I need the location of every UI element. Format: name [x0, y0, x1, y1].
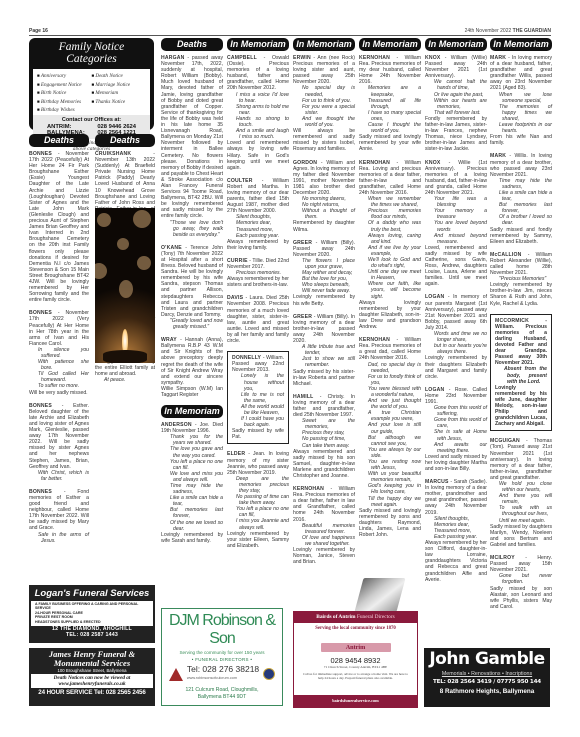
notice-closing: Lovingly remembered by their daughters E… [425, 355, 487, 379]
notice: KNOX - Willie (1st Anniversary). Preciou… [425, 160, 487, 288]
notice-closing: Sadly missed by his sister-in-law Robert… [293, 369, 355, 387]
notice-verse: Gone from this world of suffering, [428, 405, 487, 417]
notice-verse: And a smile and laugh I miss so much. [230, 128, 289, 140]
notice: HARGAN - passed away November 17th, 2022… [161, 55, 223, 238]
notice-text: - Oswald (Ossie). Precious memories of a… [227, 55, 289, 91]
notice-text: - Hannah (Anna), Ballymena R.B.P 43 W.M … [161, 337, 223, 386]
notice-verse: For you were a special sister. [296, 104, 355, 116]
notice-closing: Always lovingly remembered by your daugh… [359, 300, 421, 330]
notice-name: McCALLION [490, 252, 522, 258]
notice-verse: Precious memories flood our minds, [362, 208, 421, 220]
section-header-deaths: Deaths [29, 134, 89, 147]
notice-closing: Always remembered by their loving family… [227, 239, 289, 251]
notice-verse: Until we meet again. [493, 518, 552, 524]
notice-verse: Or live again the past, [428, 92, 487, 98]
notice-verse: Hands so strong to touch. [230, 116, 289, 128]
notice: DONNELLY - William. Passed away 22nd Nov… [227, 351, 289, 444]
notice-closing: Loved and sadly missed by her loving dau… [425, 454, 487, 472]
notice-closing: Loved and remembered always by loving wi… [227, 140, 289, 170]
notice: GORDON - William and Agnes. In loving me… [293, 160, 355, 233]
notice: KERNOHAN - William Rea. Precious memorie… [293, 486, 355, 565]
ad-james-henry-funeral: James Henry Funeral & Monumental Service… [29, 648, 155, 706]
notice-verse: And awaits our meeting there. [428, 442, 487, 454]
notice-name: KERNOHAN [359, 337, 390, 343]
notice-verse: Dad, no special day is needed, [362, 362, 421, 374]
notice-closing: Will always be remembered and sadly miss… [293, 128, 355, 152]
notice-name: GREER [293, 240, 312, 246]
notice-verse: You were blessed with a wonderful nature… [362, 386, 421, 398]
notice-name: LOGAN [425, 387, 444, 393]
notice-closing: Lovingly remembered by your sister Eilee… [227, 531, 289, 549]
notice-name: CRUIKSHANK [95, 151, 131, 157]
notice-verse: I miss a voice I'd love to hear. [230, 92, 289, 104]
notice-text: - Willie (1st Anniversary). Precious mem… [425, 160, 487, 196]
website-link[interactable]: bairdsfuneralservice.com [294, 695, 417, 707]
notice-verse: But memories last forever, [493, 202, 552, 214]
notice: MARK - Willis. In loving memory of a dea… [490, 153, 552, 244]
notice-verse: No passing of time can take them away. [230, 494, 289, 506]
notice: McCALLION - William Robert Alexander (Wi… [490, 252, 552, 307]
notice-verse: You left a place no one can fill. [164, 459, 223, 471]
notice-verse: You are loved beyond words [428, 220, 487, 232]
notice-verse: You left a place no one can fill, [230, 506, 289, 518]
notice: CURRIE - Tillie. Died 22nd November 2017… [227, 258, 289, 288]
notice-verse: Your life was a blessing [428, 196, 487, 208]
notice-verse: You are resting now with Jesus, [362, 459, 421, 471]
candle-photo [95, 208, 155, 363]
notice-name: CURRIE [227, 258, 248, 264]
category-item: Death Notice [92, 72, 147, 81]
notice-verse: To walk with us throughout our lives, [493, 505, 552, 517]
notice-verse: For us to fondly think of you, [362, 374, 421, 386]
section-header-memoriam: In Memoriam [293, 38, 355, 51]
section-header-memoriam: In Memoriam [161, 405, 223, 418]
notice-closing: Loved, remembered and sadly missed by wi… [425, 245, 487, 288]
logan-services-list: A FAMILY BUSINESS OFFERING A CARING AND … [31, 601, 153, 626]
notice-closing: Sadly missed and fondly remembered by Sa… [490, 227, 552, 245]
ad-john-gamble: John Gamble Memorials • Renovations • In… [424, 648, 550, 707]
notice-name: HAMILL [293, 394, 313, 400]
notice-verse: Life to me is not the same, [235, 392, 284, 404]
notice-verse: Always loving, caring and kind. [362, 233, 421, 245]
notice-verse: For us to think of you. [296, 98, 355, 104]
notice: MARK - In loving memory of a dear husban… [490, 55, 552, 146]
triangle-logo-icon [169, 668, 183, 681]
website-link[interactable]: www.robinsonsofculcrum.com [187, 674, 259, 683]
notice-closing: Lovingly remembered by wife Sarah and fa… [161, 532, 223, 544]
notice-text: - Esther. Beloved daughter of the late A… [29, 403, 89, 470]
notice-verse: Thank you for the years we shared. [164, 434, 223, 446]
categories-title: Family Notice Categories [33, 41, 150, 65]
notice: LOGAN - In memory of our parents Margare… [425, 294, 487, 379]
notice-name: GREER [293, 314, 312, 320]
notice-verse: "Greatly loved and now greatly missed." [164, 318, 223, 330]
notice-verse: Sweet are the memories, [296, 418, 355, 430]
notice: ERWIN - Ann (nee Rock) Precious memories… [293, 55, 355, 153]
notice-verse: Gone from this world of care, [428, 417, 487, 429]
section-header-memoriam: In Memoriam [359, 38, 421, 51]
notice-text: - passed away November 17th, 2022, sudde… [161, 55, 223, 219]
notice-name: COULTER [227, 178, 253, 184]
notice-verse: Memories are a keepsake, [362, 85, 421, 97]
notice: ANDERSON - Joe. Died 19th November 1996.… [161, 422, 223, 544]
notice-verse: Can take them away. [296, 443, 355, 449]
notice-verse: The flowers I place upon your grave, [296, 258, 355, 270]
notice-name: MCGUIGAN [490, 438, 520, 444]
notice: LOGAN - Rose. Called Home 23rd November … [425, 387, 487, 472]
notice-name: KERNOHAN [293, 486, 324, 492]
category-item: Marriage Notice [92, 81, 147, 90]
notice-verse: And your love is still our guide, [362, 422, 421, 434]
notice-name: ELDER [227, 451, 245, 457]
notice-verse: A true Christian example you were, [362, 410, 421, 422]
notice-closing: Lovingly remembered by his wife June, da… [495, 385, 547, 428]
notice-verse: We'll look to God and do what's right, [362, 257, 421, 269]
notice-text: - Laura. Died 25th November 2008. Precio… [227, 295, 289, 344]
notice-verse: In silence you suffered. [32, 347, 89, 359]
notice: MCILROY - Henry. Passed away 15th Novemb… [490, 555, 552, 610]
section-header-memoriam: In Memoriam [490, 38, 552, 51]
notice-verse: Til God called Her homeward. [32, 371, 89, 383]
notice-name: MCCORMICK [495, 318, 529, 324]
ad-bairds-of-antrim: Bairds of Antrim Funeral Directors Servi… [293, 611, 418, 708]
notice-text: - In loving memory of a dear husband, fa… [490, 55, 552, 91]
notice: CAMPBELL - Oswald (Ossie). Precious memo… [227, 55, 289, 171]
notice-name: KNOX [425, 160, 441, 166]
notice: WRAY - Hannah (Anna), Ballymena R.B.P 43… [161, 337, 223, 398]
notice-verse: We hold you close within our hearts, [493, 481, 552, 493]
notice: BONNES - November 17th 2022 (Very Peacef… [29, 310, 89, 395]
notice-verse: Absent from the body, present with the L… [498, 366, 547, 384]
notice-verse: When we remember the times we shared, [362, 196, 421, 208]
notice-verse: We cannot halt the hands of time, [428, 79, 487, 91]
notice-verse: With patience she bore. [32, 359, 89, 371]
notice: KNOX - William (Willie) Passed away 24th… [425, 55, 487, 153]
notice-verse: Words and time we no longer share, [428, 331, 487, 343]
notice-verse: When we lose someone special, [493, 92, 552, 104]
notice-verse: Safe in the arms of Jesus. [32, 532, 89, 544]
notice: BONNES - Esther. Beloved daughter of the… [29, 403, 89, 482]
notice-name: GORDON [293, 160, 317, 166]
notice-verse: Until one day we meet in Heaven, [362, 269, 421, 281]
ad-logans-funeral-services: Logan's Funeral Services A FAMILY BUSINE… [29, 585, 155, 643]
notice-verse: but in our hearts you're always there. [428, 343, 487, 355]
notice: KERNOHAN - William Rea. Precious memorie… [359, 337, 421, 538]
section-header-memoriam: In Memoriam [227, 38, 289, 51]
notice-verse: And if we live by your example, [362, 245, 421, 257]
notice-verse: I miss you Jeannie and always will. [230, 518, 289, 530]
notice-closing: Always remembered and sadly missed by hi… [293, 449, 355, 479]
notice-name: LOGAN [425, 294, 444, 300]
notice: ELDER - Jean. In loving memory of my sis… [227, 451, 289, 549]
notice: KERNOHAN - William Rea. Loving and preci… [359, 160, 421, 331]
notice-name: MARK [490, 55, 506, 61]
notice-verse: Lonely is the house without you, [235, 373, 284, 391]
notice-closing: Remembered by daughter Wilma. [293, 220, 355, 232]
notice-verse: Till the happy day we meet again. [362, 496, 421, 508]
contact-title: Contact our Offices at: [47, 117, 136, 123]
category-item: Thanks Notice [92, 98, 147, 107]
notice-name: CAMPBELL [227, 55, 257, 61]
notice-name: O'KANE [161, 245, 182, 251]
notice-closing: Sadly missed and lovingly remembered by … [359, 508, 421, 538]
notice-verse: Leave footprints in our hearts. [493, 122, 552, 134]
column-deaths-1: Deaths BONNES - November 17th 2022 (Peac… [29, 134, 89, 551]
notice-verse: All the world would be like Heaven, [235, 404, 284, 416]
notice-text: - November 17th 2022 (Very Peacefully) A… [29, 310, 89, 346]
notice-name: HARGAN [161, 55, 185, 61]
notice-verse: Of a brother I loved so dear. [493, 214, 552, 226]
notice-verse: God's keeping you in His loving care, [362, 483, 421, 495]
notice-verse: And there you will remain, [493, 493, 552, 505]
notice-verse: Like a smile can hide a tear, [493, 190, 552, 202]
notice: BONNES - November 17th 2022 (Peacefully)… [29, 151, 89, 303]
section-header-deaths: Deaths [95, 134, 155, 147]
notice-verse: Time may hide the sadness, [493, 178, 552, 190]
column-deaths-3: Deaths HARGAN - passed away November 17t… [161, 38, 223, 551]
notice-name: BONNES [29, 403, 52, 409]
notice-closing: Lovingly remembered by his wife Betty. [293, 294, 355, 306]
column-memoriam-1: In Memoriam CAMPBELL - Oswald (Ossie). P… [227, 38, 289, 556]
website-link[interactable]: Death Notices can now be viewed at www.j… [31, 674, 153, 688]
notice-closing: From his wife Nan and family. [490, 134, 552, 146]
notice: GREER - William (Billy). In loving memor… [293, 314, 355, 387]
category-item: Anniversary [37, 72, 92, 81]
notice-verse: "Those we love don't go away, they walk … [164, 220, 223, 238]
notice-text: - William Rea. Loving and precious memor… [359, 160, 421, 196]
category-list: AnniversaryDeath NoticeEngagement Notice… [33, 69, 150, 115]
notice: GREER - William (Billy). Passed away 24t… [293, 240, 355, 307]
notice-closing: Will be very sadly missed. [29, 390, 89, 396]
notice-closing: Sadly missed by son Alastair, son Leonar… [490, 586, 552, 610]
category-item: Memoriam [92, 89, 147, 98]
page-number: Page 16 [29, 28, 48, 34]
notice-closing: Lovingly remembered by brother-in-law Ji… [490, 282, 552, 306]
notice-name: DONNELLY [232, 355, 261, 361]
notice-verse: Without a thought of them. [296, 208, 355, 220]
notice: MCGUIGAN - Thomas (Tom). Passed away 21s… [490, 438, 552, 548]
notice-verse: But memories last forever, [164, 507, 223, 519]
category-item: Birthday Wishes [37, 106, 92, 115]
notice-verse: You are always by our side. [362, 447, 421, 459]
notice-verse: Gone but never forgotten. [493, 573, 552, 585]
notice-text: - William. Precious memories of a darlin… [495, 318, 547, 367]
notice-verse: I have so many special ones, [362, 110, 421, 122]
notice-closing: Sadly missed by wife Pat. [232, 428, 284, 440]
notice-text: - William and Agnes. In loving memory of… [293, 160, 355, 196]
crest-icon [263, 668, 275, 680]
notice-closing: Sadly missed by daughters Marilyn, Wendy… [490, 524, 552, 548]
notice-verse: But although we cannot see you, [362, 435, 421, 447]
notice-verse: We love and miss you and always will. [164, 471, 223, 483]
notice-verse: Your memory a treasure [428, 208, 487, 220]
notice-text: - William Robert and Martha. In loving m… [227, 178, 289, 214]
notice-name: BONNES [29, 310, 52, 316]
notice-verse: She is safe at Home with Jesus, [428, 429, 487, 441]
notice-verse: No special day is needed, [296, 85, 355, 97]
notice-verse: The memories of happy times we shared, [493, 104, 552, 122]
notice-name: DAVIS [227, 295, 243, 301]
notice-verse: The love you gave and the way you cared. [164, 446, 223, 458]
notice: O'KANE - Terence John (Tony) 7th Novembe… [161, 245, 223, 330]
notice-closing: Always remembered by her sisters and bro… [227, 276, 289, 288]
notice-name: KNOX [425, 55, 441, 61]
notice-text: - Terence John (Tony) 7th November 2022 … [161, 245, 223, 318]
notice-verse: Time may hide the sadness, [164, 483, 223, 495]
category-item: Birth Notice [37, 89, 92, 98]
category-item: Engagement Notice [37, 81, 92, 90]
notice-verse: At peace. [98, 377, 155, 383]
notice: BONNES - Fond memories of Esther a good … [29, 489, 89, 544]
notice: COULTER - William Robert and Martha. In … [227, 178, 289, 251]
column-memoriam-4: In Memoriam KNOX - William (Willie) Pass… [425, 38, 487, 590]
notice-verse: Strong arms to hold me near. [230, 104, 289, 116]
notice-text: - Sarah (Sadie). In loving memory of a d… [425, 479, 487, 515]
column-memoriam-5: In Memoriam MARK - In loving memory of a… [490, 38, 552, 617]
notice: DAVIS - Laura. Died 25th November 2008. … [227, 295, 289, 344]
issue-date: 24th November 2022 THE GUARDIAN [465, 28, 551, 34]
notice-verse: Within our hearts are memories, [428, 98, 487, 110]
notice-closing: Lovingly remembered by Norman, Janice, S… [293, 547, 355, 565]
notice-name: MCILROY [490, 555, 515, 561]
notice-verse: Deep are the memories precious they stay… [230, 476, 289, 494]
notice-text: - November 17th 2022 (Peacefully) At Her… [29, 151, 89, 303]
notice: MCCORMICK - William. Precious memories o… [490, 314, 552, 432]
family-notice-categories: Family Notice Categories AnniversaryDeat… [29, 38, 154, 130]
section-header-memoriam: In Memoriam [425, 38, 487, 51]
notice-verse: Like a smile can hide a tear, [164, 495, 223, 507]
bible-illustration [354, 578, 405, 612]
ad-djm-robinson: DJM Robinson & Son Serving the community… [161, 608, 283, 706]
notice-name: ANDERSON [161, 422, 192, 428]
notice-verse: Cause I thought the world of you. [362, 122, 421, 134]
notice-name: KERNOHAN [359, 160, 390, 166]
notice-text: - William Rea. Precious memories of a de… [293, 486, 355, 522]
notice-name: MARK [490, 153, 506, 159]
notice-name: WRAY [161, 337, 177, 343]
notice-verse: And missed beyond measure. [428, 233, 487, 245]
page-header: Page 16 24th November 2022 THE GUARDIAN [29, 27, 551, 36]
notice-verse: Treasured all life through, [362, 98, 421, 110]
notice-verse: And we thought the world of you. [296, 116, 355, 128]
notice-name: KERNOHAN [359, 55, 390, 61]
notice-verse: With Christ, which is far better. [32, 470, 89, 482]
notice-closing: Willie Simpson (W.M) Ian Taggart Registe… [161, 386, 223, 398]
notice-verse: Of love and happiness we shared together… [296, 535, 355, 547]
notice-text: - In memory of our parents Margaret (1st… [425, 294, 487, 330]
newspaper-page: Page 16 24th November 2022 THE GUARDIAN … [0, 0, 580, 737]
notice-name: BONNES [29, 489, 52, 495]
notice-verse: Beautiful memories treasured forever. [296, 523, 355, 535]
notice-text: - Fond memories of Esther a good friend … [29, 489, 89, 532]
notice-name: BONNES [29, 151, 52, 157]
notice-verse: With us your beautiful memories remain, [362, 471, 421, 483]
notice-closing: Always remembered by her son Clifford, d… [425, 540, 487, 583]
notice: KERNOHAN - William Rea. Precious memorie… [359, 55, 421, 153]
notice-closing: Sadly missed and lovingly remembered by … [359, 134, 421, 152]
notice: HAMILL - Christy. In loving memory of a … [293, 394, 355, 479]
notice-verse: Of the one we loved so dear. [164, 520, 223, 532]
category-item: Birthday Memories [37, 98, 92, 107]
notice-verse: If I could have you back again. [235, 416, 284, 428]
notice-verse: And we just thought the world of you. [362, 398, 421, 410]
notice-text: - Thomas (Tom). Passed away 21st Novembe… [490, 438, 552, 481]
notice-name: MARCUS [425, 479, 449, 485]
notice-verse: A little tribute true and tender, [296, 344, 355, 356]
column-memoriam-3: In Memoriam KERNOHAN - William Rea. Prec… [359, 38, 421, 545]
notice-verse: Just to show we still remember. [296, 356, 355, 368]
notice: MARCUS - Sarah (Sadie). In loving memory… [425, 479, 487, 583]
notice-verse: Of a daddy who was truly the best, [362, 220, 421, 232]
notice-name: ERWIN [293, 55, 311, 61]
section-header-deaths: Deaths [161, 38, 223, 51]
notice-verse: Where our faith, like yours, will become… [362, 281, 421, 299]
notice-closing: Fondly remembered by father-in-law James… [425, 116, 487, 153]
column-memoriam-2: In Memoriam ERWIN - Ann (nee Rock) Preci… [293, 38, 355, 572]
